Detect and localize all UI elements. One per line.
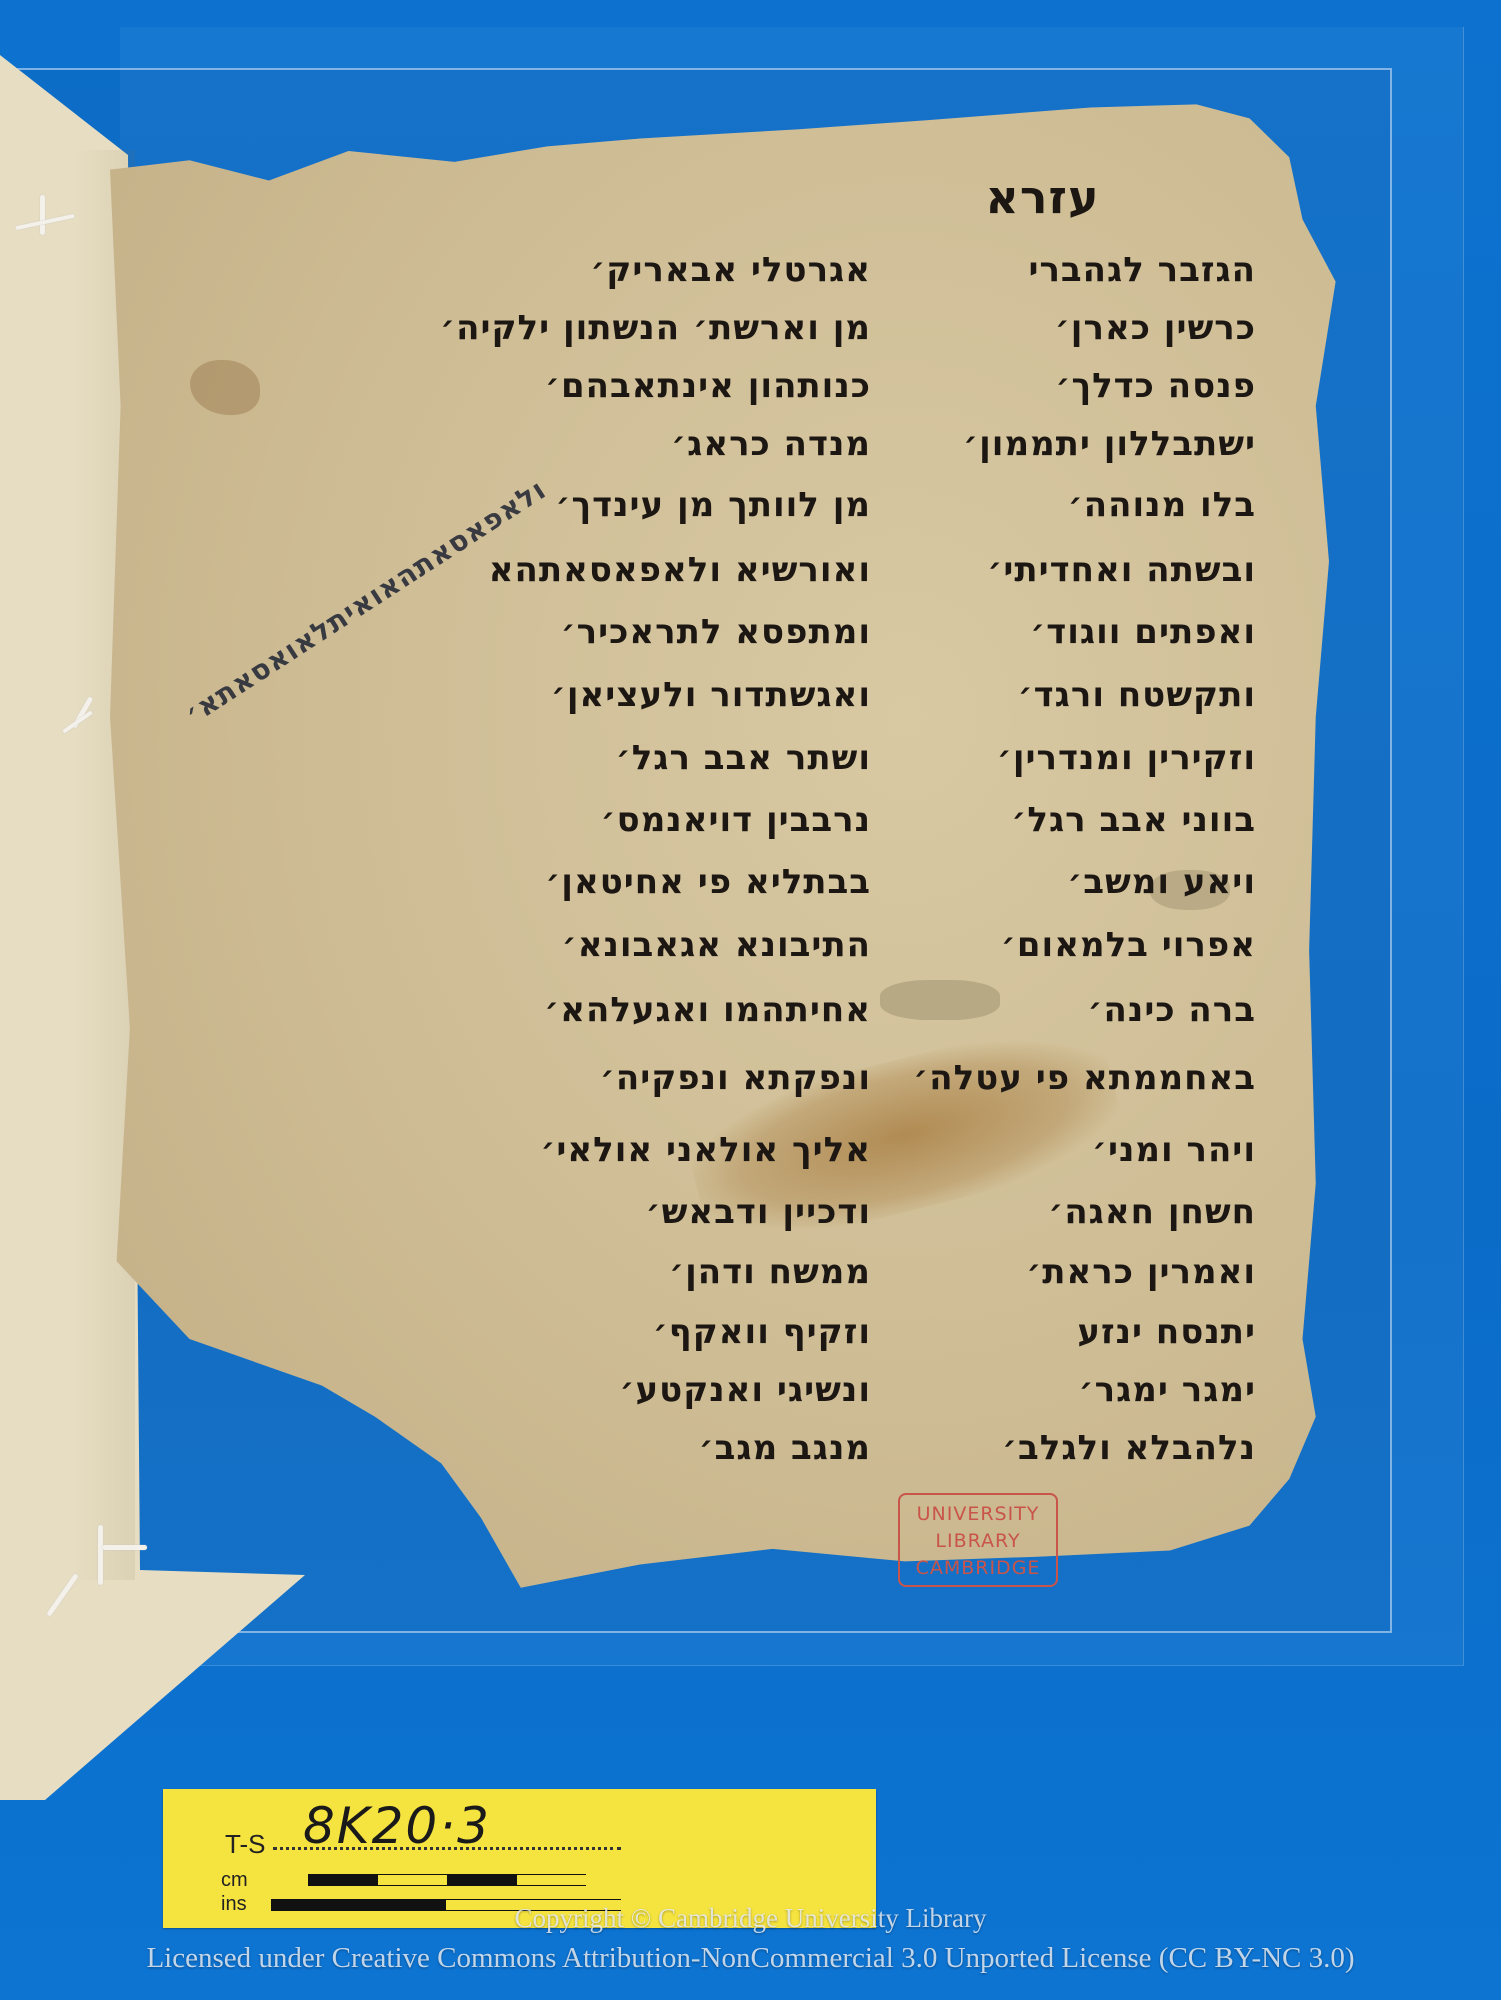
- manuscript-heading: עזרא: [950, 170, 1135, 224]
- line-right-column: יתנסח ינזע: [876, 1312, 1256, 1352]
- line-left-column: כנותהון אינתאבהם׳: [351, 366, 871, 406]
- line-left-column: ונשיגי ואנקטע׳: [351, 1370, 871, 1410]
- line-left-column: ואגשתדור ולעציאן׳: [351, 675, 871, 715]
- text-line: כרשין כארן׳מן וארשת׳ הנשתון ילקיה׳: [0, 308, 1501, 358]
- line-right-column: פנסה כדלך׳: [876, 366, 1256, 406]
- line-right-column: ויאע ומשב׳: [876, 862, 1256, 902]
- copyright-notice: Copyright © Cambridge University Library: [0, 1903, 1501, 1934]
- line-right-column: בלו מנוהה׳: [876, 485, 1256, 525]
- thread-tie-icon: [50, 1530, 110, 1558]
- line-right-column: הגזבר לגהברי: [876, 250, 1256, 290]
- text-line: באחממתא פי עטלה׳ונפקתא ונפקיה׳: [0, 1058, 1501, 1108]
- text-line: בווני אבב רגל׳נרבבין דויאנמס׳: [0, 800, 1501, 850]
- text-line: ואמרין כראת׳ממשח ודהן׳: [0, 1252, 1501, 1302]
- text-line: ואפתים ווגוד׳ומתפסא לתראכיר׳: [0, 612, 1501, 662]
- text-line: ויהר ומני׳אליך אולאני אולאי׳: [0, 1130, 1501, 1180]
- line-left-column: אחיתהמו ואגעלהא׳: [351, 990, 871, 1030]
- text-line: פנסה כדלך׳כנותהון אינתאבהם׳: [0, 366, 1501, 416]
- stamp-line: CAMBRIDGE: [900, 1555, 1056, 1582]
- dotted-rule: [273, 1847, 621, 1850]
- line-left-column: נרבבין דויאנמס׳: [351, 800, 871, 840]
- line-right-column: ויהר ומני׳: [876, 1130, 1256, 1170]
- line-right-column: נלהבלא ולגלב׳: [876, 1428, 1256, 1468]
- line-right-column: ימגר ימגר׳: [876, 1370, 1256, 1410]
- line-left-column: אליך אולאני אולאי׳: [351, 1130, 871, 1170]
- line-left-column: ממשח ודהן׳: [351, 1252, 871, 1292]
- line-left-column: וזקיף וואקף׳: [351, 1312, 871, 1352]
- text-line: וזקירין ומנדרין׳ושתר אבב רגל׳: [0, 738, 1501, 788]
- stamp-line: UNIVERSITY: [900, 1501, 1056, 1528]
- scale-cm-label: cm: [221, 1869, 248, 1892]
- text-line: ברה כינה׳אחיתהמו ואגעלהא׳: [0, 990, 1501, 1040]
- scale-bar-cm: [308, 1874, 586, 1886]
- line-left-column: ומתפסא לתראכיר׳: [351, 612, 871, 652]
- line-left-column: אגרטלי אבאריק׳: [351, 250, 871, 290]
- text-line: בלו מנוהה׳מן לוותך מן עינדך׳: [0, 485, 1501, 535]
- text-line: נלהבלא ולגלב׳מנגב מגב׳: [0, 1428, 1501, 1478]
- text-line: ימגר ימגר׳ונשיגי ואנקטע׳: [0, 1370, 1501, 1420]
- line-left-column: ושתר אבב רגל׳: [351, 738, 871, 778]
- line-left-column: בבתליא פי אחיטאן׳: [351, 862, 871, 902]
- line-left-column: מן לוותך מן עינדך׳: [351, 485, 871, 525]
- line-right-column: חשחן חאגה׳: [876, 1192, 1256, 1232]
- text-line: אפרוי בלמאום׳התיבונא אגאבונא׳: [0, 925, 1501, 975]
- line-left-column: ודכיין ודבאש׳: [351, 1192, 871, 1232]
- line-right-column: ואמרין כראת׳: [876, 1252, 1256, 1292]
- line-left-column: ונפקתא ונפקיה׳: [351, 1058, 871, 1098]
- line-right-column: ובשתה ואחדיתי׳: [876, 550, 1256, 590]
- line-right-column: וזקירין ומנדרין׳: [876, 738, 1256, 778]
- text-line: ויאע ומשב׳בבתליא פי אחיטאן׳: [0, 862, 1501, 912]
- line-left-column: התיבונא אגאבונא׳: [351, 925, 871, 965]
- line-right-column: ברה כינה׳: [876, 990, 1256, 1030]
- text-line: ובשתה ואחדיתי׳ואורשיא ולאפאסאתהא: [0, 550, 1501, 600]
- line-right-column: כרשין כארן׳: [876, 308, 1256, 348]
- line-left-column: מן וארשת׳ הנשתון ילקיה׳: [351, 308, 871, 348]
- text-line: יתנסח ינזעוזקיף וואקף׳: [0, 1312, 1501, 1362]
- line-right-column: אפרוי בלמאום׳: [876, 925, 1256, 965]
- line-left-column: מנגב מגב׳: [351, 1428, 871, 1468]
- line-right-column: בווני אבב רגל׳: [876, 800, 1256, 840]
- line-left-column: מנדה כראג׳: [351, 424, 871, 464]
- text-line: הגזבר לגהבריאגרטלי אבאריק׳: [0, 250, 1501, 300]
- library-stamp: UNIVERSITY LIBRARY CAMBRIDGE: [898, 1493, 1058, 1587]
- line-right-column: באחממתא פי עטלה׳: [876, 1058, 1256, 1098]
- text-line: ישתבללון יתממון׳מנדה כראג׳: [0, 424, 1501, 474]
- text-line: חשחן חאגה׳ודכיין ודבאש׳: [0, 1192, 1501, 1242]
- line-right-column: ותקשטח ורגד׳: [876, 675, 1256, 715]
- collection-prefix: T-S: [225, 1829, 265, 1860]
- stamp-line: LIBRARY: [900, 1528, 1056, 1555]
- line-right-column: ואפתים ווגוד׳: [876, 612, 1256, 652]
- thread-tie-icon: [15, 205, 75, 233]
- license-notice: Licensed under Creative Commons Attribut…: [0, 1942, 1501, 1975]
- line-right-column: ישתבללון יתממון׳: [876, 424, 1256, 464]
